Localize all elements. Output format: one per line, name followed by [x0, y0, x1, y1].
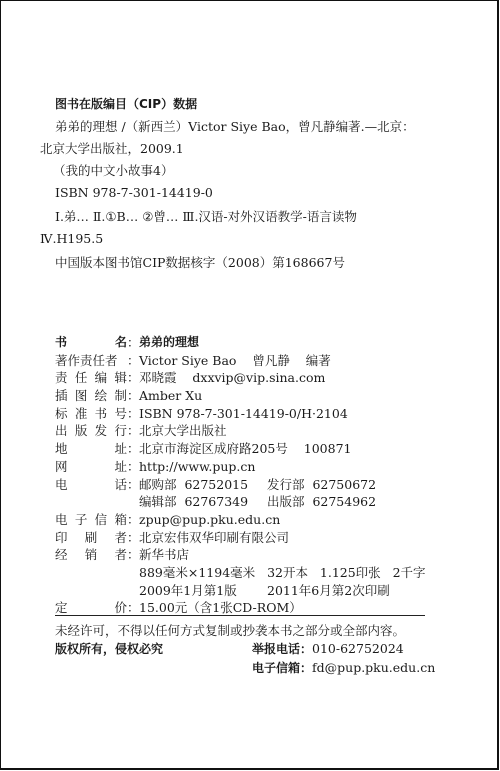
- value-text: 北京宏伟双华印刷有限公司: [139, 529, 289, 547]
- colon: ：: [127, 546, 139, 564]
- report-phone-label: 举报电话：: [252, 642, 312, 656]
- rights-reserved: 版权所有，侵权必究: [55, 641, 163, 657]
- copyright-notice: 未经许可，不得以任何方式复制或抄袭本书之部分或全部内容。: [55, 623, 405, 639]
- colophon-label: 经销者: [55, 546, 127, 564]
- colophon-value: 邮购部 62752015发行部 62750672: [139, 476, 376, 494]
- colophon-label: 电子信箱: [55, 511, 127, 529]
- colophon: 书名：弟弟的理想著作责任者：Victor Siye Bao 曾凡静 编著责任编辑…: [55, 334, 475, 617]
- colophon-row: 编辑部 62767349出版部 62754962: [55, 493, 475, 511]
- colophon-value: 新华书店: [139, 546, 189, 564]
- cip-title: 图书在版编目（CIP）数据: [55, 96, 197, 112]
- colon: [127, 564, 139, 582]
- colophon-row: 标准书号：ISBN 978-7-301-14419-0/H·2104: [55, 405, 475, 423]
- label-char: 插: [55, 387, 68, 405]
- colophon-row: 印刷者：北京宏伟双华印刷有限公司: [55, 529, 475, 547]
- value-text-b: 出版部 62754962: [267, 493, 376, 511]
- label-char: 任: [75, 369, 88, 387]
- colophon-label: [55, 582, 127, 600]
- colon: ：: [127, 476, 139, 494]
- colon: ：: [127, 369, 139, 387]
- colon: ：: [127, 352, 139, 370]
- colophon-value: zpup@pup.pku.edu.cn: [139, 511, 280, 529]
- colophon-value: 编辑部 62767349出版部 62754962: [139, 493, 376, 511]
- value-text: zpup@pup.pku.edu.cn: [139, 511, 280, 529]
- label-char: 责: [55, 369, 68, 387]
- colophon-label: 责任编辑: [55, 369, 127, 387]
- label-char: 出: [55, 422, 68, 440]
- colophon-value: 北京宏伟双华印刷有限公司: [139, 529, 289, 547]
- label-char: 址: [114, 440, 127, 458]
- colophon-label: [55, 493, 127, 511]
- value-text: 北京市海淀区成府路205号 100871: [139, 440, 351, 458]
- colophon-label: 地址: [55, 440, 127, 458]
- colophon-value: 889毫米×1194毫米 32开本 1.125印张 2千字: [139, 564, 426, 582]
- cip-isbn: ISBN 978-7-301-14419-0: [55, 185, 213, 201]
- colophon-row: 著作责任者：Victor Siye Bao 曾凡静 编著: [55, 352, 475, 370]
- colophon-value: 2009年1月第1版2011年6月第2次印刷: [139, 582, 390, 600]
- value-text: http://www.pup.cn: [139, 458, 255, 476]
- colophon-row: 书名：弟弟的理想: [55, 334, 475, 352]
- colophon-row: 2009年1月第1版2011年6月第2次印刷: [55, 582, 475, 600]
- colon: ：: [127, 334, 139, 352]
- colophon-row: 插图绘制：Amber Xu: [55, 387, 475, 405]
- colophon-label: 网址: [55, 458, 127, 476]
- label-char: 信: [95, 511, 108, 529]
- label-char: 辑: [114, 369, 127, 387]
- label-char: 电: [55, 476, 68, 494]
- colophon-label: 书名: [55, 334, 127, 352]
- colon: ：: [127, 422, 139, 440]
- value-text-b: 2011年6月第2次印刷: [267, 582, 390, 600]
- label-char: 版: [75, 422, 88, 440]
- label-char: 发: [95, 422, 108, 440]
- label-char: 网: [55, 458, 68, 476]
- label-char: 子: [75, 511, 88, 529]
- value-text: ISBN 978-7-301-14419-0/H·2104: [139, 405, 348, 423]
- colophon-label: 电话: [55, 476, 127, 494]
- label-char: 书: [95, 405, 108, 423]
- label-char: 者: [114, 546, 127, 564]
- divider: [55, 615, 425, 616]
- value-text-a: 2009年1月第1版: [139, 582, 267, 600]
- label-char: 号: [114, 405, 127, 423]
- label-char: 印: [55, 529, 68, 547]
- label-char: 制: [114, 387, 127, 405]
- cip-line-1: 弟弟的理想 /（新西兰）Victor Siye Bao，曾凡静编著.—北京：: [55, 119, 415, 135]
- colophon-row: 电话：邮购部 62752015发行部 62750672: [55, 476, 475, 494]
- value-text: 889毫米×1194毫米 32开本 1.125印张 2千字: [139, 564, 426, 582]
- value-text-b: 发行部 62750672: [267, 476, 376, 494]
- report-email-label: 电子信箱：: [252, 661, 312, 675]
- cip-line-2: 北京大学出版社，2009.1: [40, 141, 184, 157]
- value-text: Victor Siye Bao 曾凡静 编著: [139, 352, 331, 370]
- colophon-label: 印刷者: [55, 529, 127, 547]
- report-email: 电子信箱：fd@pup.pku.edu.cn: [252, 660, 435, 676]
- label-char: 名: [115, 334, 127, 352]
- label-char: 销: [85, 546, 98, 564]
- colophon-value: Victor Siye Bao 曾凡静 编著: [139, 352, 331, 370]
- colon: ：: [127, 387, 139, 405]
- cip-series: （我的中文小故事4）: [53, 163, 173, 179]
- cip-number: 中国版本图书馆CIP数据核字（2008）第168667号: [55, 255, 345, 271]
- label-char: 者: [114, 529, 127, 547]
- colophon-value: 北京大学出版社: [139, 422, 227, 440]
- label-char: 地: [55, 440, 68, 458]
- colophon-label: [55, 564, 127, 582]
- cip-classification-1: Ⅰ.弟… Ⅱ.①B… ②曾… Ⅲ.汉语-对外汉语教学-语言读物: [55, 209, 357, 225]
- colophon-row: 电子信箱：zpup@pup.pku.edu.cn: [55, 511, 475, 529]
- label-char: 址: [114, 458, 127, 476]
- colophon-label: 标准书号: [55, 405, 127, 423]
- colophon-label: 著作责任者: [55, 352, 127, 370]
- label-char: 著作责任者: [55, 352, 118, 370]
- colon: [127, 493, 139, 511]
- colon: ：: [127, 440, 139, 458]
- colophon-row: 地址：北京市海淀区成府路205号 100871: [55, 440, 475, 458]
- value-text: 新华书店: [139, 546, 189, 564]
- colophon-value: http://www.pup.cn: [139, 458, 255, 476]
- colophon-row: 网址：http://www.pup.cn: [55, 458, 475, 476]
- colophon-value: Amber Xu: [139, 387, 202, 405]
- colon: ：: [127, 529, 139, 547]
- report-phone-value: 010-62752024: [312, 641, 404, 656]
- label-char: 编: [95, 369, 108, 387]
- colophon-value: 弟弟的理想: [139, 334, 199, 352]
- label-char: 图: [75, 387, 88, 405]
- value-text: Amber Xu: [139, 387, 202, 405]
- colophon-row: 责任编辑：邓晓霞 dxxvip@vip.sina.com: [55, 369, 475, 387]
- label-char: 话: [114, 476, 127, 494]
- value-text-a: 邮购部 62752015: [139, 476, 267, 494]
- colophon-value: ISBN 978-7-301-14419-0/H·2104: [139, 405, 348, 423]
- label-char: 绘: [95, 387, 108, 405]
- label-char: 书: [55, 334, 67, 352]
- report-email-value: fd@pup.pku.edu.cn: [312, 660, 435, 675]
- label-char: 箱: [114, 511, 127, 529]
- label-char: 标: [55, 405, 68, 423]
- label-char: 刷: [85, 529, 98, 547]
- colophon-value: 北京市海淀区成府路205号 100871: [139, 440, 351, 458]
- colon: [127, 582, 139, 600]
- label-char: 行: [114, 422, 127, 440]
- value-text-a: 编辑部 62767349: [139, 493, 267, 511]
- cip-classification-2: Ⅳ.H195.5: [40, 231, 103, 247]
- colophon-row: 经销者：新华书店: [55, 546, 475, 564]
- value-text: 邓晓霞 dxxvip@vip.sina.com: [139, 369, 325, 387]
- colon: ：: [127, 405, 139, 423]
- label-char: 经: [55, 546, 68, 564]
- colophon-row: 889毫米×1194毫米 32开本 1.125印张 2千字: [55, 564, 475, 582]
- value-text: 弟弟的理想: [139, 334, 199, 352]
- colophon-value: 邓晓霞 dxxvip@vip.sina.com: [139, 369, 325, 387]
- value-text: 北京大学出版社: [139, 422, 227, 440]
- label-char: 准: [75, 405, 88, 423]
- colophon-label: 插图绘制: [55, 387, 127, 405]
- colophon-row: 出版发行：北京大学出版社: [55, 422, 475, 440]
- colon: ：: [127, 458, 139, 476]
- label-char: 电: [55, 511, 68, 529]
- colon: ：: [127, 511, 139, 529]
- report-phone: 举报电话：010-62752024: [252, 641, 404, 657]
- colophon-label: 出版发行: [55, 422, 127, 440]
